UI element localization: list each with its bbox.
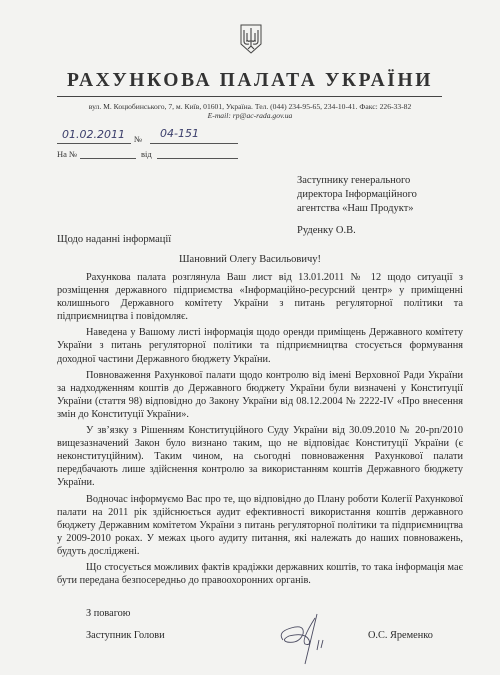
recipient-block: Заступнику генерального директора Інформ… xyxy=(297,174,417,238)
signer-position: Заступник Голови xyxy=(86,630,165,641)
date-underline xyxy=(57,143,131,144)
signer-name: О.С. Яременко xyxy=(368,630,433,641)
salutation: Шановний Олегу Васильовичу! xyxy=(0,254,500,265)
outgoing-number: 04-151 xyxy=(160,127,199,140)
address-line: вул. М. Коцюбинського, 7, м. Київ, 01601… xyxy=(0,102,500,111)
signature-icon xyxy=(275,610,345,666)
reply-to-label: На № xyxy=(57,149,77,159)
reply-date-underline xyxy=(157,158,238,159)
body-paragraph: Що стосується можливих фактів крадіжки д… xyxy=(57,561,463,587)
letter-body: Рахункова палата розглянула Ваш лист від… xyxy=(57,271,463,590)
number-label: № xyxy=(134,134,142,144)
body-paragraph: Повноваження Рахункової палати щодо конт… xyxy=(57,369,463,421)
letter-page: РАХУНКОВА ПАЛАТА УКРАЇНИ вул. М. Коцюбин… xyxy=(0,0,500,675)
outgoing-date: 01.02.2011 xyxy=(62,128,125,141)
email-line: E-mail: rp@ac-rada.gov.ua xyxy=(0,111,500,120)
closing-regards: З повагою xyxy=(86,608,131,619)
letter-subject: Щодо наданні інформації xyxy=(57,234,171,245)
letterhead-divider xyxy=(57,96,442,97)
from-label: від xyxy=(141,149,152,159)
organization-title: РАХУНКОВА ПАЛАТА УКРАЇНИ xyxy=(0,70,500,92)
coat-of-arms-icon xyxy=(240,24,262,54)
body-paragraph: Рахункова палата розглянула Ваш лист від… xyxy=(57,271,463,323)
body-paragraph: Водночас інформуємо Вас про те, що відпо… xyxy=(57,493,463,558)
recipient-name: Руденку О.В. xyxy=(297,224,417,238)
number-underline xyxy=(150,143,238,144)
recipient-line: Заступнику генерального xyxy=(297,174,417,188)
body-paragraph: Наведена у Вашому листі інформація щодо … xyxy=(57,326,463,365)
recipient-line: директора Інформаційного xyxy=(297,188,417,202)
body-paragraph: У зв’язку з Рішенням Конституційного Суд… xyxy=(57,424,463,489)
reply-number-underline xyxy=(80,158,136,159)
recipient-line: агентства «Наш Продукт» xyxy=(297,202,417,216)
letterhead-address: вул. М. Коцюбинського, 7, м. Київ, 01601… xyxy=(0,102,500,120)
